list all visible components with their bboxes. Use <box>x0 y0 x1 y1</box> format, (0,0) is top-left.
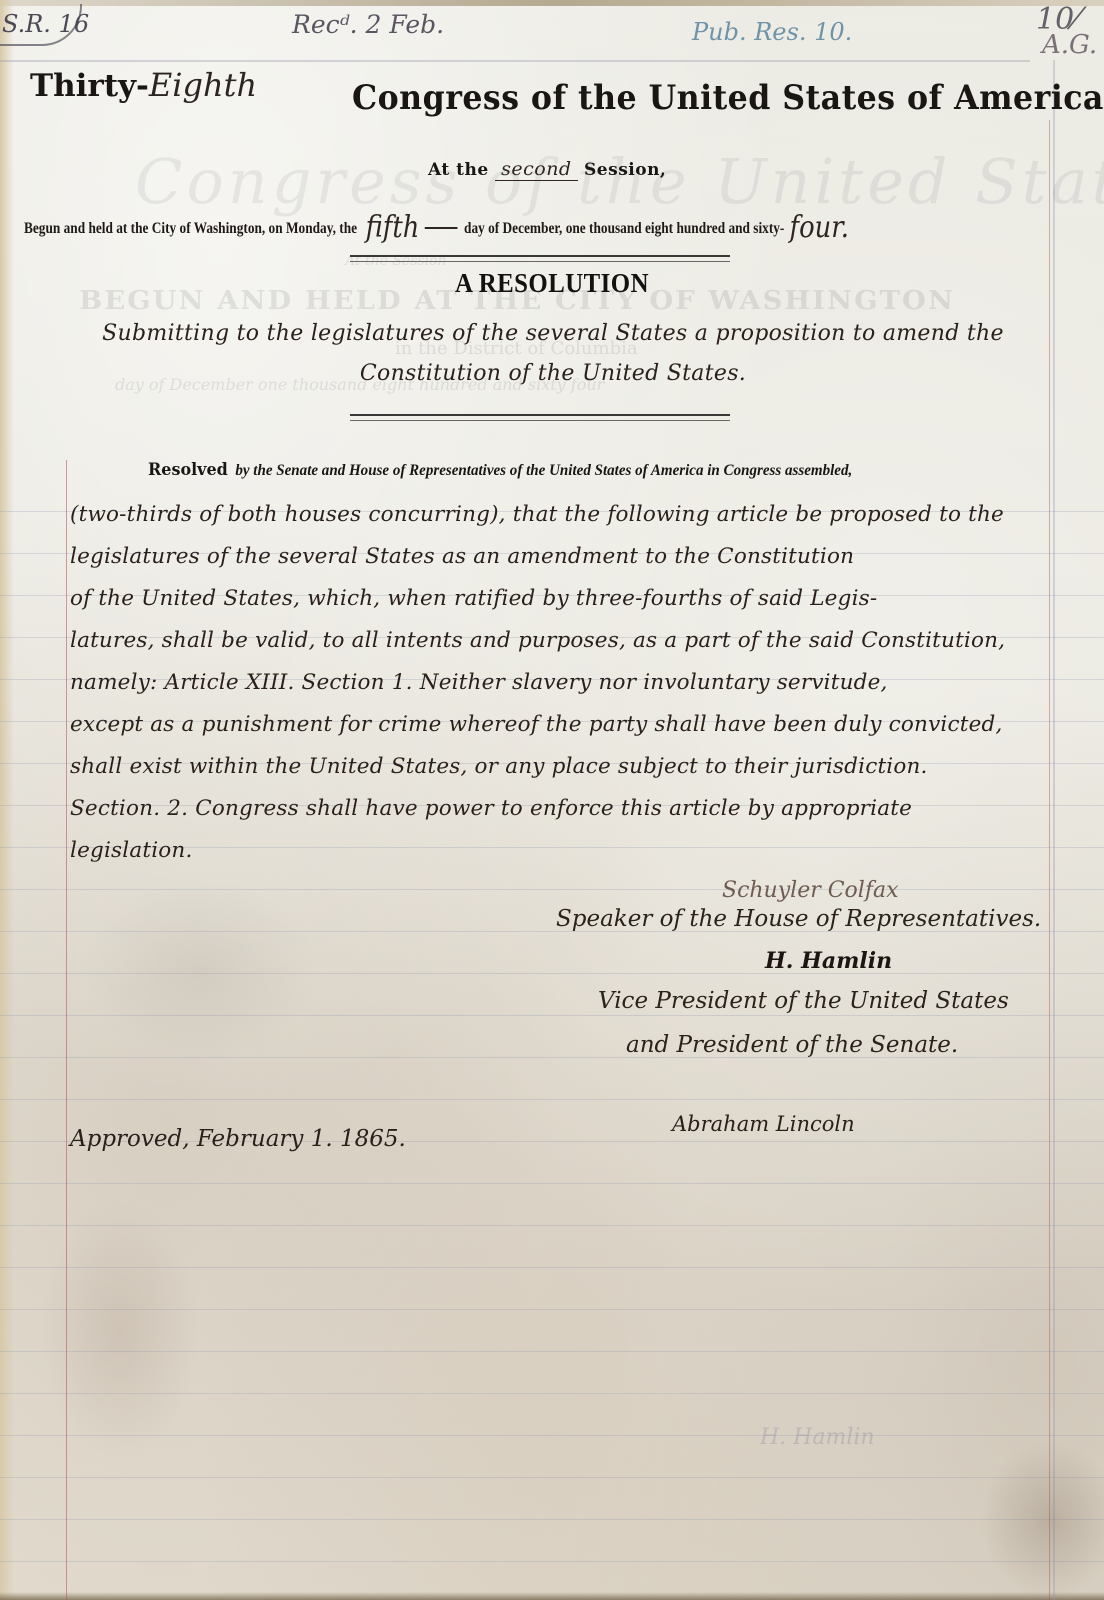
subtitle-line-1: Submitting to the legislatures of the se… <box>58 314 1048 354</box>
bleed-through-signature: H. Hamlin <box>760 1425 875 1450</box>
senate-president-title: and President of the Senate. <box>626 1032 958 1058</box>
enacting-clause-text: by the Senate and House of Representativ… <box>235 462 852 479</box>
left-margin-line <box>66 460 67 1600</box>
body-line: legislation. <box>70 830 1050 872</box>
session-value: second <box>495 158 577 181</box>
vice-president-title: Vice President of the United States <box>598 988 1009 1014</box>
fill-dash <box>424 227 457 229</box>
public-resolution-annotation: Pub. Res. 10. <box>692 18 852 46</box>
congress-number-printed: Thirty- <box>30 68 149 104</box>
begun-line: Begun and held at the City of Washington… <box>24 210 854 245</box>
resolution-body: (two-thirds of both houses concurring), … <box>70 494 1050 872</box>
page-top-edge <box>0 0 1104 6</box>
double-rule-bottom <box>350 414 730 421</box>
body-line: legislatures of the several States as an… <box>70 536 1050 578</box>
double-rule-top <box>350 255 730 262</box>
session-line: At the second Session, <box>428 158 666 180</box>
congress-number-handwritten: Eighth <box>149 66 257 104</box>
body-line: of the United States, which, when ratifi… <box>70 578 1050 620</box>
document-page: Congress of the United States At the Ses… <box>0 0 1104 1600</box>
president-signature: Abraham Lincoln <box>672 1112 855 1136</box>
watermark-congress: Congress of the United States <box>135 145 1104 218</box>
speaker-signature: Schuyler Colfax <box>722 878 899 903</box>
begun-year-suffix: four. <box>784 210 854 245</box>
body-line: latures, shall be valid, to all intents … <box>70 620 1050 662</box>
top-rule <box>0 60 1030 62</box>
body-line: Section. 2. Congress shall have power to… <box>70 788 1050 830</box>
begun-day: fifth <box>360 210 424 245</box>
body-line: except as a punishment for crime whereof… <box>70 704 1050 746</box>
congress-number: Thirty-Eighth <box>30 66 257 104</box>
body-line: shall exist within the United States, or… <box>70 746 1050 788</box>
body-line: (two-thirds of both houses concurring), … <box>70 494 1050 536</box>
received-annotation: Recᵈ. 2 Feb. <box>292 10 444 39</box>
congress-title: Congress of the United States of America… <box>352 78 1104 118</box>
session-suffix: Session, <box>584 160 666 180</box>
subtitle-line-2: Constitution of the United States. <box>58 354 1048 394</box>
session-prefix: At the <box>428 160 489 180</box>
begun-prefix: Begun and held at the City of Washington… <box>24 220 357 237</box>
enacting-clause: Resolved by the Senate and House of Repr… <box>148 460 852 480</box>
initials-annotation: A.G. <box>1042 30 1097 60</box>
approval-date: Approved, February 1. 1865. <box>70 1126 406 1152</box>
resolution-title: A RESOLUTION <box>44 268 1060 299</box>
body-line: namely: Article XIII. Section 1. Neither… <box>70 662 1050 704</box>
file-number-annotation: S.R. 16 <box>2 10 89 38</box>
speaker-title: Speaker of the House of Representatives. <box>556 906 1041 932</box>
vice-president-signature: H. Hamlin <box>765 948 892 974</box>
resolution-subtitle: Submitting to the legislatures of the se… <box>58 314 1048 394</box>
enacting-clause-lead: Resolved <box>148 460 228 480</box>
begun-middle: day of December, one thousand eight hund… <box>464 220 784 237</box>
